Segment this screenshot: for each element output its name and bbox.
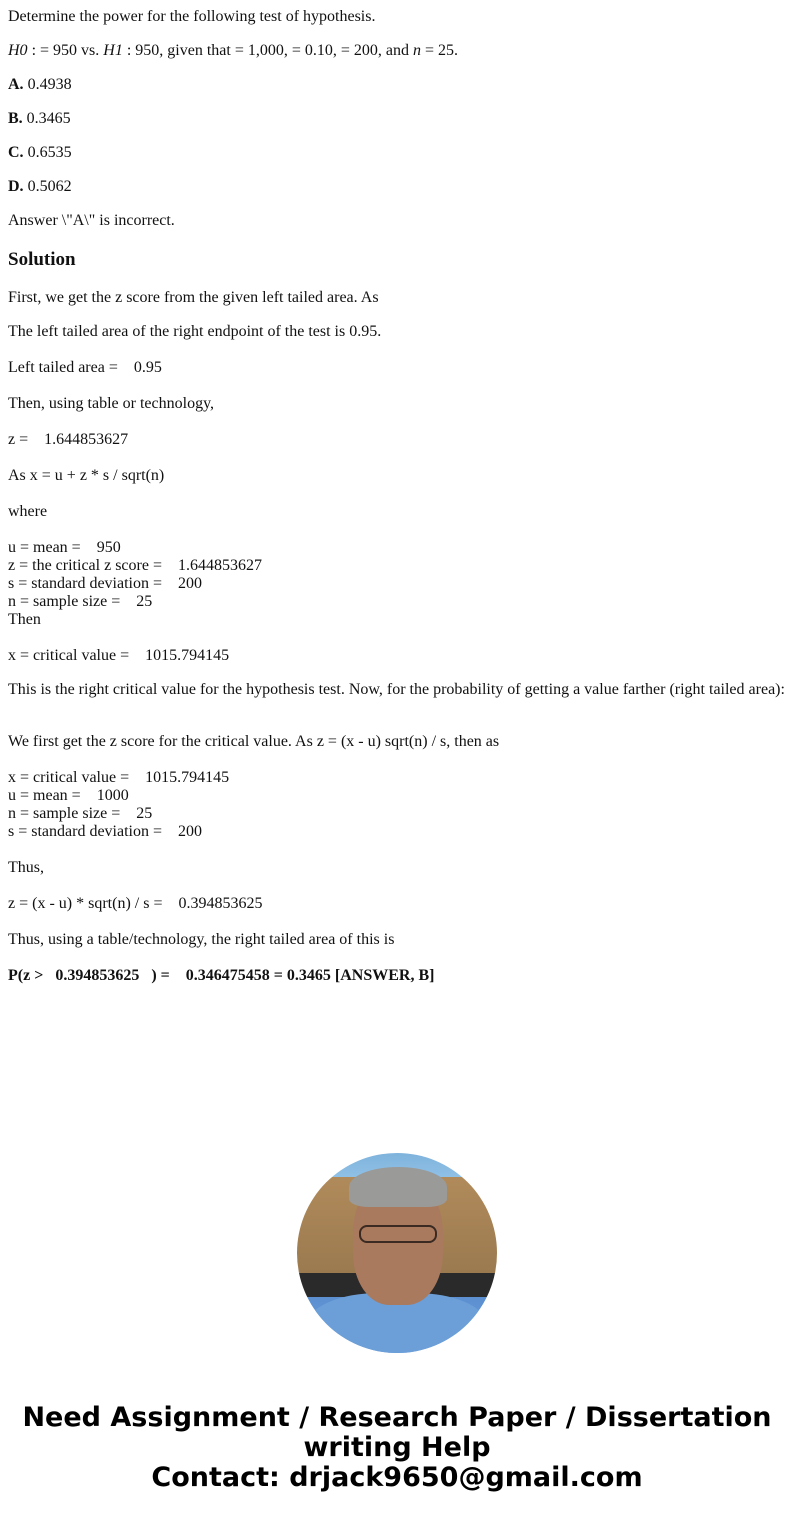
- option-letter: C.: [8, 144, 24, 161]
- avatar-glasses: [359, 1225, 437, 1243]
- where-label: where: [8, 503, 786, 521]
- then-table-note: Then, using table or technology,: [8, 395, 786, 413]
- option-value: 0.4938: [24, 76, 72, 93]
- solution-intro: First, we get the z score from the given…: [8, 289, 786, 307]
- then-label: Then: [8, 611, 786, 629]
- param-z-score: z = the critical z score = 1.644853627: [8, 557, 786, 575]
- right-tail-note: Thus, using a table/technology, the righ…: [8, 931, 786, 949]
- h0-label: H0: [8, 42, 28, 59]
- option-a: A. 0.4938: [8, 76, 786, 94]
- h1-text: : 950, given that = 1,000, = 0.10, = 200…: [123, 42, 413, 59]
- z-calculation: z = (x - u) * sqrt(n) / s = 0.394853625: [8, 895, 786, 913]
- option-b: B. 0.3465: [8, 110, 786, 128]
- param-critical-value: x = critical value = 1015.794145: [8, 769, 786, 787]
- promo-banner: Need Assignment / Research Paper / Disse…: [0, 1403, 794, 1493]
- left-area-note: The left tailed area of the right endpoi…: [8, 323, 786, 341]
- right-critical-note: This is the right critical value for the…: [8, 681, 786, 699]
- param-sample-size: n = sample size = 25: [8, 805, 786, 823]
- promo-line-2: writing Help: [0, 1433, 794, 1463]
- critical-value-line: x = critical value = 1015.794145: [8, 647, 786, 665]
- param-mean: u = mean = 950: [8, 539, 786, 557]
- param-std-dev: s = standard deviation = 200: [8, 575, 786, 593]
- option-value: 0.3465: [23, 110, 71, 127]
- n-text: = 25.: [421, 42, 458, 59]
- option-value: 0.5062: [24, 178, 72, 195]
- option-c: C. 0.6535: [8, 144, 786, 162]
- solution-heading: Solution: [8, 249, 76, 271]
- param-sample-size: n = sample size = 25: [8, 593, 786, 611]
- h0-text: : = 950 vs.: [28, 42, 104, 59]
- option-letter: B.: [8, 110, 23, 127]
- z-score-note: We first get the z score for the critica…: [8, 733, 786, 751]
- question-prompt: Determine the power for the following te…: [8, 8, 786, 26]
- promo-line-1: Need Assignment / Research Paper / Disse…: [0, 1403, 794, 1433]
- promo-contact: Contact: drjack9650@gmail.com: [0, 1463, 794, 1493]
- parameter-list-1: u = mean = 950 z = the critical z score …: [8, 539, 786, 629]
- answer-feedback: Answer \"A\" is incorrect.: [8, 212, 786, 230]
- option-value: 0.6535: [24, 144, 72, 161]
- param-std-dev: s = standard deviation = 200: [8, 823, 786, 841]
- param-mean: u = mean = 1000: [8, 787, 786, 805]
- final-answer: P(z > 0.394853625 ) = 0.346475458 = 0.34…: [8, 967, 786, 985]
- option-letter: D.: [8, 178, 24, 195]
- z-value-line: z = 1.644853627: [8, 431, 786, 449]
- hypothesis-statement: H0 : = 950 vs. H1 : 950, given that = 1,…: [8, 42, 786, 60]
- option-d: D. 0.5062: [8, 178, 786, 196]
- h1-label: H1: [103, 42, 123, 59]
- thus-label: Thus,: [8, 859, 786, 877]
- parameter-list-2: x = critical value = 1015.794145 u = mea…: [8, 769, 786, 841]
- formula-line: As x = u + z * s / sqrt(n): [8, 467, 786, 485]
- left-area-line: Left tailed area = 0.95: [8, 359, 786, 377]
- n-label: n: [413, 42, 421, 59]
- avatar-hair: [349, 1167, 447, 1207]
- option-letter: A.: [8, 76, 24, 93]
- author-avatar: [297, 1153, 497, 1353]
